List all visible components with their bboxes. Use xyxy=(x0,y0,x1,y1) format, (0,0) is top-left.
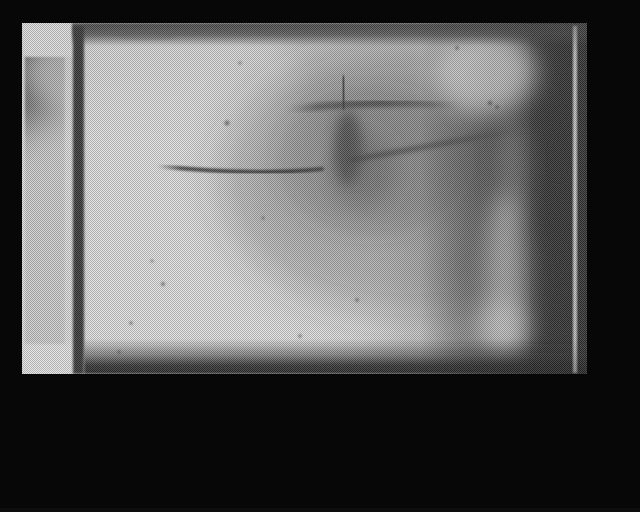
halftone-dither-overlay xyxy=(22,23,587,374)
screenshot-root xyxy=(0,0,640,512)
halftone-photograph xyxy=(0,0,640,512)
bottom-screen-strip xyxy=(0,508,640,512)
